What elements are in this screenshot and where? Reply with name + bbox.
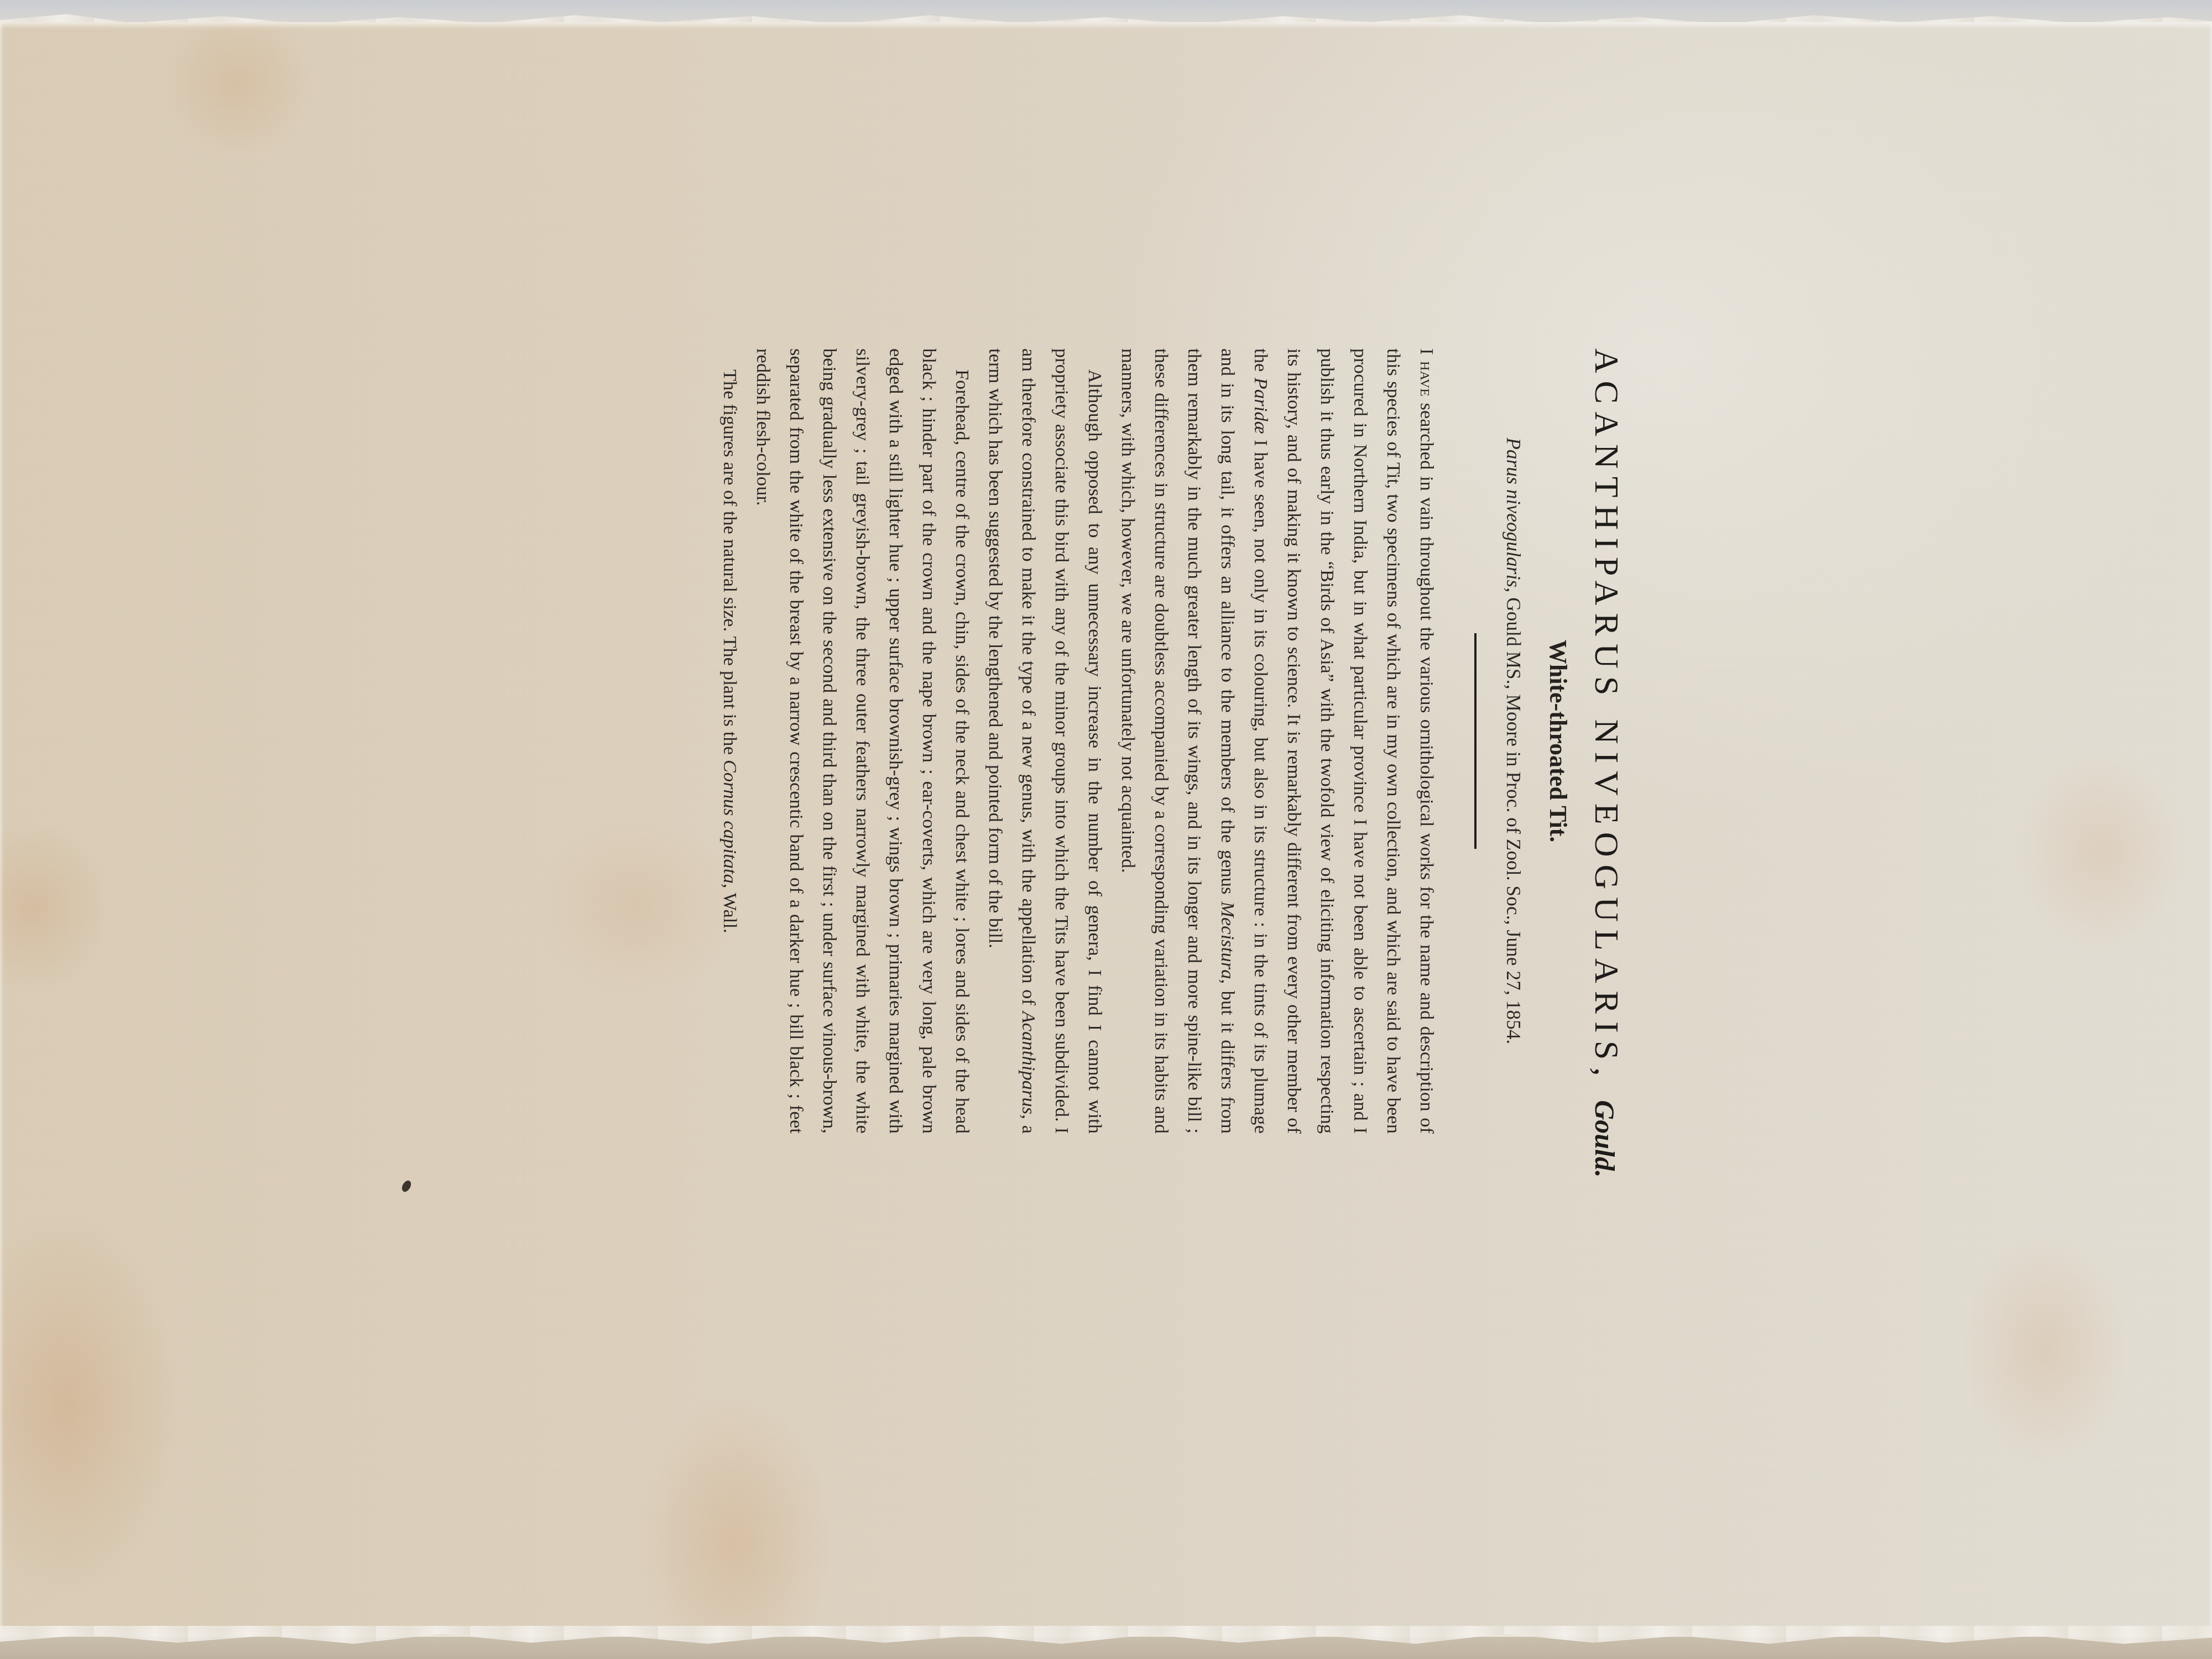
family-name-italic: Paridæ <box>1250 378 1271 434</box>
paragraph-introduction: I have searched in vain throughout the v… <box>1112 348 1443 1134</box>
synonym-name: Parus niveogularis <box>1503 437 1524 587</box>
species-title: ACANTHIPARUS NIVEOGULARIS, Gould. <box>1587 348 1626 1134</box>
title-authority: Gould. <box>1589 1100 1620 1177</box>
drop-initial: I <box>1416 348 1437 355</box>
paragraph-plumage-description: Forehead, centre of the crown, chin, sid… <box>747 348 979 1134</box>
text-segment: The figures are of the natural size. The… <box>719 369 740 760</box>
photo-background: ACANTHIPARUS NIVEOGULARIS, Gould. White-… <box>0 0 2212 1659</box>
plant-name-italic: Cornus capitata <box>719 760 740 884</box>
description-body: I have searched in vain throughout the v… <box>713 348 1443 1134</box>
text-segment: , Wall. <box>719 884 740 933</box>
common-name: White-throated Tit. <box>1544 348 1572 1134</box>
synonym-citation: Parus niveogularis, Gould MS., Moore in … <box>1502 348 1524 1134</box>
text-segment: searched in vain throughout the various … <box>1250 348 1437 1134</box>
ink-speck <box>400 1179 413 1193</box>
genus-name-italic: Mecistura <box>1217 901 1238 979</box>
title-genus-species: ACANTHIPARUS NIVEOGULARIS, <box>1588 348 1625 1084</box>
species-text-block: ACANTHIPARUS NIVEOGULARIS, Gould. White-… <box>758 348 1665 1134</box>
smallcaps-lead: have <box>1416 361 1437 397</box>
synonym-reference: , Gould MS., Moore in Proc. of Zool. Soc… <box>1503 587 1524 1044</box>
genus-name-italic: Acanthiparus <box>1018 1011 1039 1115</box>
paragraph-genus-rationale: Although opposed to any unnecessary incr… <box>979 348 1112 1134</box>
paragraph-plate-note: The figures are of the natural size. The… <box>713 348 747 1134</box>
page-bottom-deckle-edge <box>0 1626 2212 1646</box>
text-segment: Forehead, centre of the crown, chin, sid… <box>753 348 973 1134</box>
section-divider-rule <box>1474 633 1477 849</box>
